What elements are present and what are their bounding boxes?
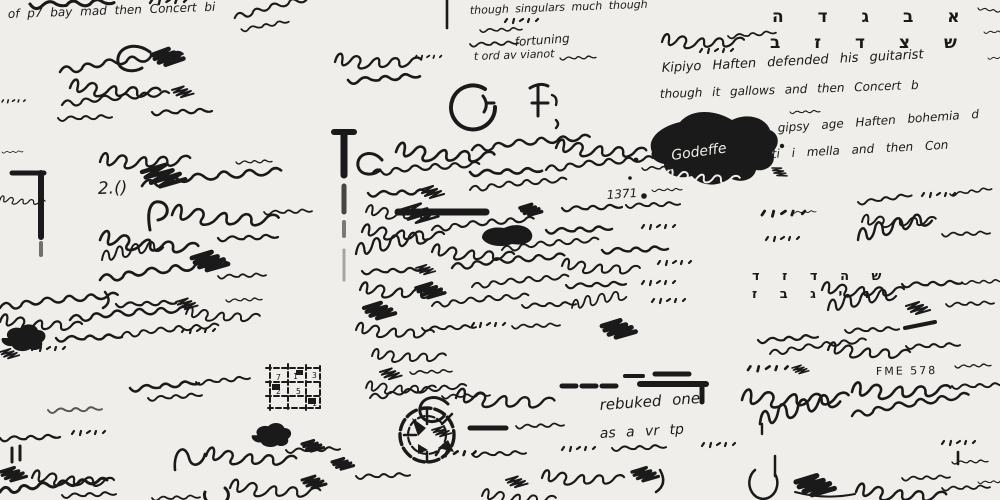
- hebrew-row-4: ו י ג ב ז: [752, 287, 878, 302]
- grid-digit: 2: [276, 387, 281, 396]
- grid-digit: 7: [276, 373, 281, 382]
- hebrew-row-1: א ב ג ד ה: [772, 7, 974, 27]
- dash-marks: [625, 374, 689, 376]
- hebrew-row-3: ש ה ד ז ד: [752, 269, 890, 284]
- handwriting-fragment-big: 2.(): [97, 178, 127, 199]
- grid-digit: 1: [293, 372, 298, 381]
- grid-digit: 1: [312, 399, 317, 408]
- grid-digit: 3: [312, 371, 317, 380]
- manuscript-svg: 7 1 3 2 5 1: [0, 0, 1000, 500]
- handwriting-fragment-year: 1371: [606, 186, 637, 202]
- grid-digit: 5: [296, 387, 301, 396]
- manuscript-texture-canvas: 7 1 3 2 5 1: [0, 0, 1000, 500]
- hebrew-row-2: ש צ ד ז ב: [770, 33, 971, 53]
- handwriting-fragment-fme: FME 578: [876, 364, 937, 378]
